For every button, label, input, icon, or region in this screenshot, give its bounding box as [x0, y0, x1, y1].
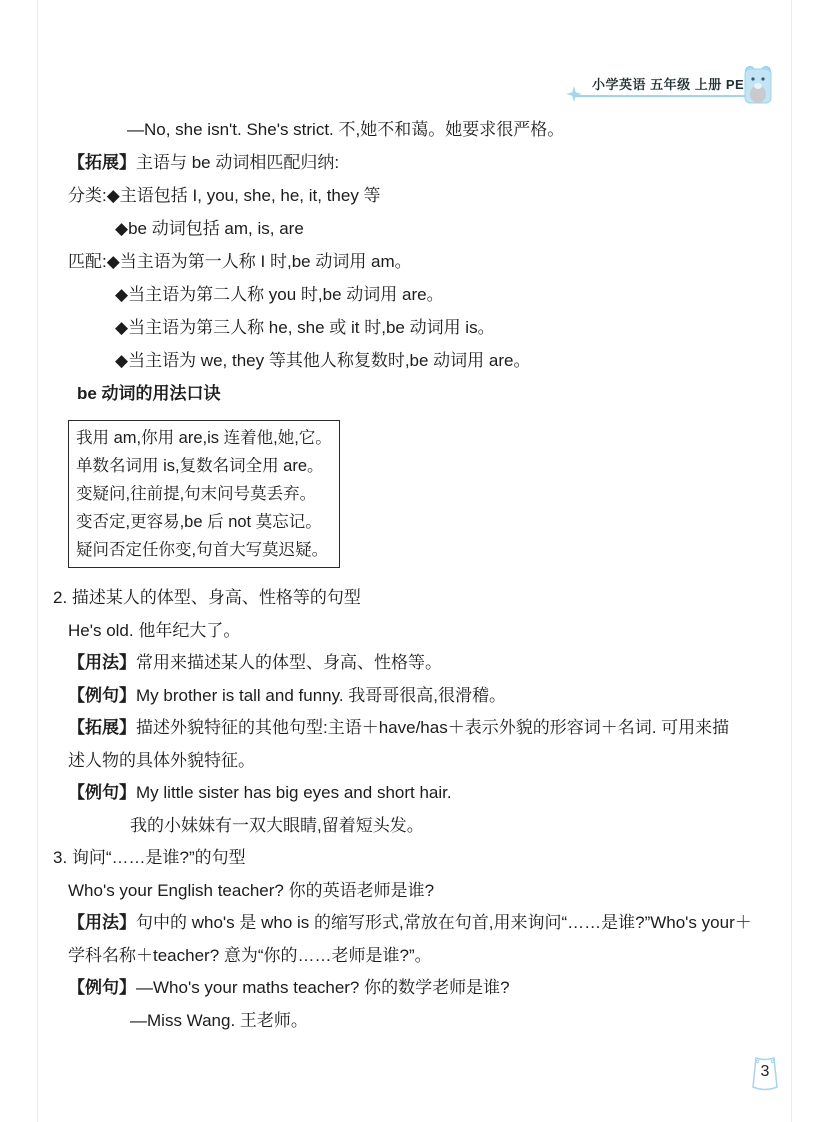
line-text: Who's your English teacher? 你的英语老师是谁?: [68, 881, 434, 900]
line-text: 描述外貌特征的其他句型:主语＋have/has＋表示外貌的形容词＋名词. 可用来…: [136, 718, 729, 737]
term-label: 【例句】: [68, 978, 136, 997]
term-label: 【用法】: [68, 653, 136, 672]
line-text: 常用来描述某人的体型、身高、性格等。: [136, 653, 442, 672]
line-text: My brother is tall and funny. 我哥哥很高,很滑稽。: [136, 686, 506, 705]
line-text: 学科名称＋teacher? 意为“你的……老师是谁?”。: [68, 946, 432, 965]
page-content: —No, she isn't. She's strict. 不,她不和蔼。她要求…: [53, 113, 783, 1037]
text-line: 分类:◆主语包括 I, you, she, he, it, they 等: [53, 179, 783, 212]
text-line: 3. 询问“……是谁?”的句型: [53, 842, 783, 875]
line-text: ◆当主语为第二人称 you 时,be 动词用 are。: [115, 285, 444, 304]
line-text: 主语与 be 动词相匹配归纳:: [136, 153, 339, 172]
rhyme-line: 变否定,更容易,be 后 not 莫忘记。: [76, 508, 332, 536]
text-line: 述人物的具体外貌特征。: [53, 745, 783, 778]
section-heading: be 动词的用法口诀: [53, 377, 783, 410]
header-title: 小学英语 五年级 上册 PEP: [592, 74, 753, 93]
text-line: ◆be 动词包括 am, is, are: [53, 212, 783, 245]
page-edge-line-left: [37, 0, 38, 1122]
text-line: ◆当主语为 we, they 等其他人称复数时,be 动词用 are。: [53, 344, 783, 377]
page-number: 3: [750, 1063, 780, 1081]
term-label: 【例句】: [68, 783, 136, 802]
text-line: ◆当主语为第三人称 he, she 或 it 时,be 动词用 is。: [53, 311, 783, 344]
header-underline: [574, 95, 746, 97]
document-page: 小学英语 五年级 上册 PEP —No, she isn't. She's st…: [0, 0, 813, 1122]
line-text: ◆当主语为第三人称 he, she 或 it 时,be 动词用 is。: [115, 318, 495, 337]
text-line: 2. 描述某人的体型、身高、性格等的句型: [53, 582, 783, 615]
line-text: 匹配:◆当主语为第一人称 I 时,be 动词用 am。: [68, 252, 412, 271]
text-line: —No, she isn't. She's strict. 不,她不和蔼。她要求…: [53, 113, 783, 146]
text-line: Who's your English teacher? 你的英语老师是谁?: [53, 875, 783, 908]
rhyme-line: 我用 am,你用 are,is 连着他,她,它。: [76, 424, 332, 452]
text-line: 【用法】常用来描述某人的体型、身高、性格等。: [53, 647, 783, 680]
rhyme-line: 单数名词用 is,复数名词全用 are。: [76, 452, 332, 480]
rhyme-box: 我用 am,你用 are,is 连着他,她,它。 单数名词用 is,复数名词全用…: [68, 420, 340, 568]
line-text: 3. 询问“……是谁?”的句型: [53, 848, 246, 867]
rhyme-line: 变疑问,往前提,句末问号莫丢弃。: [76, 480, 332, 508]
text-line: 【拓展】主语与 be 动词相匹配归纳:: [53, 146, 783, 179]
line-text: 句中的 who's 是 who is 的缩写形式,常放在句首,用来询问“……是谁…: [136, 913, 752, 932]
line-text: ◆当主语为 we, they 等其他人称复数时,be 动词用 are。: [115, 351, 530, 370]
line-text: 述人物的具体外貌特征。: [68, 751, 255, 770]
page-edge-line-right: [791, 0, 792, 1122]
text-line: ◆当主语为第二人称 you 时,be 动词用 are。: [53, 278, 783, 311]
rhyme-line: 疑问否定任你变,句首大写莫迟疑。: [76, 536, 332, 564]
text-line: —Miss Wang. 王老师。: [53, 1005, 783, 1038]
term-label: 【拓展】: [68, 153, 136, 172]
term-label: 【用法】: [68, 913, 136, 932]
page-header: 小学英语 五年级 上册 PEP: [560, 62, 790, 112]
line-text: —Miss Wang. 王老师。: [130, 1011, 308, 1030]
text-line: 【例句】My brother is tall and funny. 我哥哥很高,…: [53, 680, 783, 713]
line-text: 分类:◆主语包括 I, you, she, he, it, they 等: [68, 186, 381, 205]
text-line: He's old. 他年纪大了。: [53, 615, 783, 648]
text-line: 我的小妹妹有一双大眼睛,留着短头发。: [53, 810, 783, 843]
text-line: 【用法】句中的 who's 是 who is 的缩写形式,常放在句首,用来询问“…: [53, 907, 783, 940]
line-text: —No, she isn't. She's strict. 不,她不和蔼。她要求…: [127, 120, 564, 139]
line-text: 我的小妹妹有一双大眼睛,留着短头发。: [130, 816, 424, 835]
bear-icon: [742, 64, 774, 111]
term-label: 【例句】: [68, 686, 136, 705]
text-line: 匹配:◆当主语为第一人称 I 时,be 动词用 am。: [53, 245, 783, 278]
line-text: 2. 描述某人的体型、身高、性格等的句型: [53, 588, 361, 607]
text-line: 【拓展】描述外貌特征的其他句型:主语＋have/has＋表示外貌的形容词＋名词.…: [53, 712, 783, 745]
line-text: be 动词的用法口诀: [77, 384, 221, 403]
text-line: 【例句】—Who's your maths teacher? 你的数学老师是谁?: [53, 972, 783, 1005]
line-text: My little sister has big eyes and short …: [136, 783, 452, 802]
text-line: 学科名称＋teacher? 意为“你的……老师是谁?”。: [53, 940, 783, 973]
line-text: ◆be 动词包括 am, is, are: [115, 219, 304, 238]
line-text: He's old. 他年纪大了。: [68, 621, 240, 640]
text-line: 【例句】My little sister has big eyes and sh…: [53, 777, 783, 810]
line-text: —Who's your maths teacher? 你的数学老师是谁?: [136, 978, 510, 997]
term-label: 【拓展】: [68, 718, 136, 737]
page-number-badge: 3: [750, 1054, 780, 1094]
